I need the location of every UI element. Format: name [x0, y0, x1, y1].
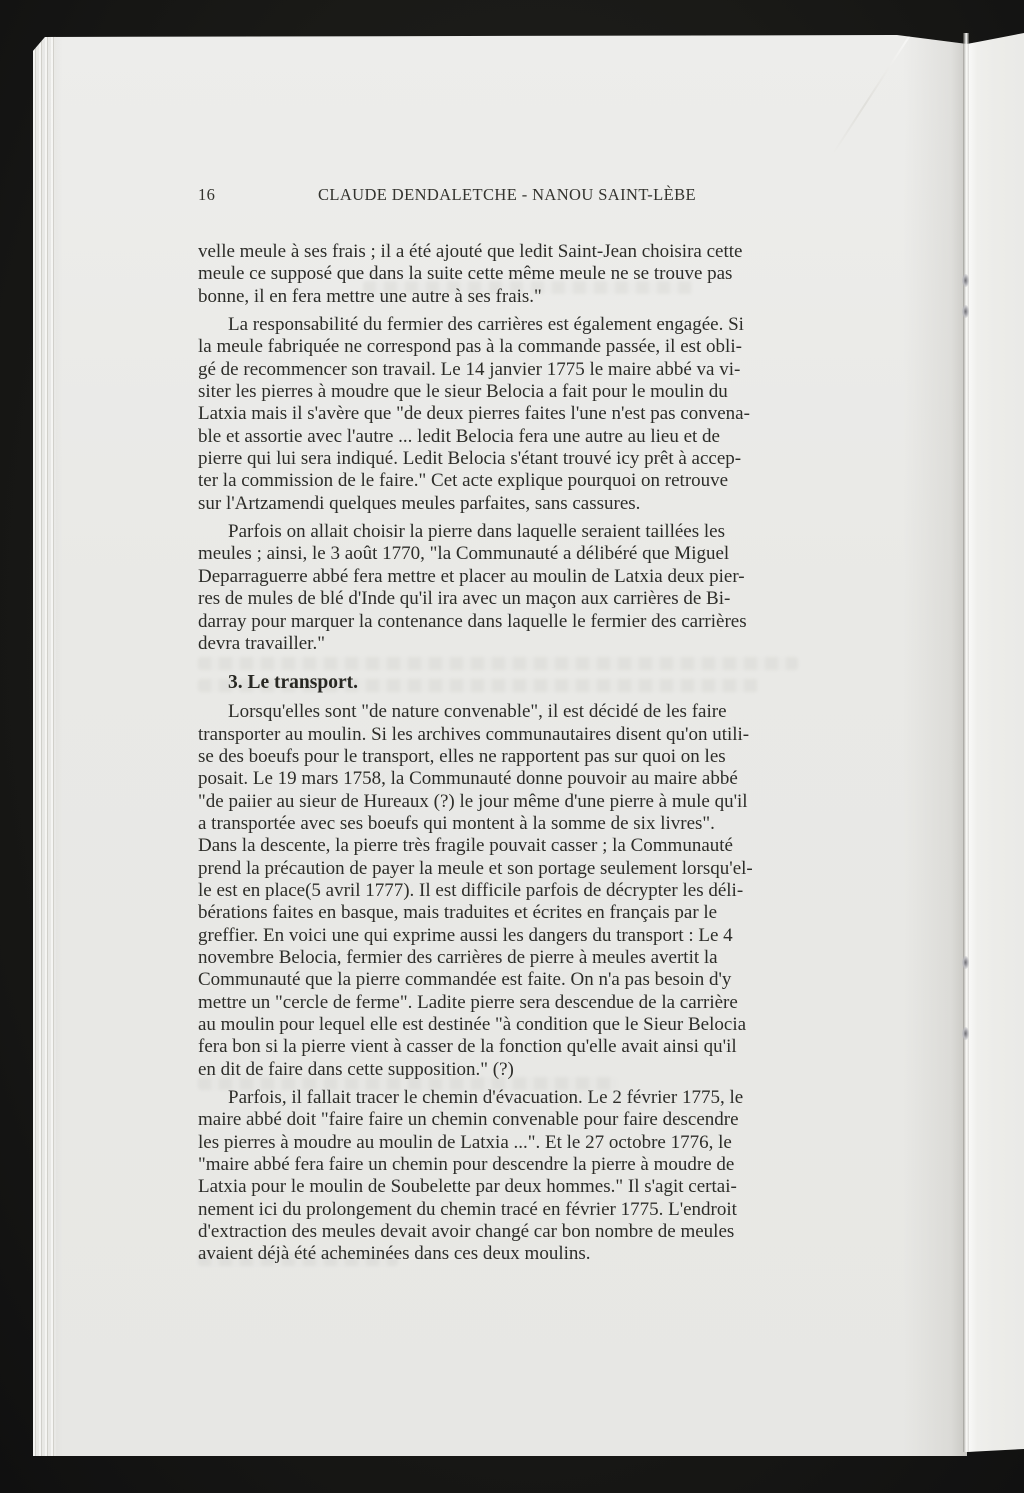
paragraph: Parfois on allait choisir la pierre dans…: [198, 521, 816, 655]
binding-stitch: [962, 274, 969, 287]
text-line: devra travailler.": [198, 633, 816, 655]
text-line: Parfois on allait choisir la pierre dans…: [198, 521, 816, 543]
text-line: Latxia pour le moulin de Soubelette par …: [198, 1176, 816, 1198]
text-line: le est en place(5 avril 1777). Il est di…: [198, 880, 816, 902]
text-line: prend la précaution de payer la meule et…: [198, 858, 816, 880]
text-line: posait. Le 19 mars 1758, la Communauté d…: [198, 768, 816, 790]
spine-crease: [963, 33, 969, 1452]
text-line: transporter au moulin. Si les archives c…: [198, 724, 816, 746]
text-line: en dit de faire dans cette supposition."…: [198, 1059, 816, 1081]
text-line: gé de recommencer son travail. Le 14 jan…: [198, 359, 816, 381]
running-title: CLAUDE DENDALETCHE - NANOU SAINT-LÈBE: [198, 185, 816, 205]
text-line: meules ; ainsi, le 3 août 1770, "la Comm…: [198, 543, 816, 565]
text-line: novembre Belocia, fermier des carrières …: [198, 947, 816, 969]
text-line: meule ce supposé que dans la suite cette…: [198, 263, 816, 285]
text-line: maire abbé doit "faire faire un chemin c…: [198, 1109, 816, 1131]
paragraph: Parfois, il fallait tracer le chemin d'é…: [198, 1087, 816, 1266]
text-line: greffier. En voici une qui exprime aussi…: [198, 925, 816, 947]
text-column: velle meule à ses frais ; il a été ajout…: [198, 241, 816, 1266]
text-line: les pierres à moudre au moulin de Latxia…: [198, 1132, 816, 1154]
page-number: 16: [198, 185, 215, 205]
scanned-book-photo: 16 CLAUDE DENDALETCHE - NANOU SAINT-LÈBE…: [0, 0, 1024, 1493]
binding-stitch: [962, 956, 969, 969]
text-line: velle meule à ses frais ; il a été ajout…: [198, 241, 816, 263]
corner-fold-crease: [831, 28, 914, 155]
running-header: 16 CLAUDE DENDALETCHE - NANOU SAINT-LÈBE: [198, 185, 816, 209]
text-line: a transportée avec ses boeufs qui monten…: [198, 813, 816, 835]
text-line: Communauté que la pierre commandée est f…: [198, 969, 816, 991]
section-heading: 3. Le transport.: [198, 671, 816, 694]
binding-stitch: [962, 1027, 969, 1040]
text-line: Latxia mais il s'avère que "de deux pier…: [198, 403, 816, 425]
text-line: La responsabilité du fermier des carrièr…: [198, 314, 816, 336]
text-line: Lorsqu'elles sont "de nature convenable"…: [198, 701, 816, 723]
text-line: "de paiier au sieur de Hureaux (?) le jo…: [198, 791, 816, 813]
paragraph: Lorsqu'elles sont "de nature convenable"…: [198, 701, 816, 1081]
paragraph: velle meule à ses frais ; il a été ajout…: [198, 241, 816, 308]
text-line: pierre qui lui sera indiqué. Ledit Beloc…: [198, 448, 816, 470]
text-line: darray pour marquer la contenance dans l…: [198, 611, 816, 633]
facing-page-edge: [967, 33, 1024, 1452]
text-line: au moulin pour lequel elle est destinée …: [198, 1014, 816, 1036]
paragraph: La responsabilité du fermier des carrièr…: [198, 314, 816, 515]
text-line: avaient déjà été acheminées dans ces deu…: [198, 1243, 816, 1265]
text-line: sur l'Artzamendi quelques meules parfait…: [198, 493, 816, 515]
text-line: bonne, il en fera mettre une autre à ses…: [198, 286, 816, 308]
text-line: Deparraguerre abbé fera mettre et placer…: [198, 566, 816, 588]
binding-stitch: [962, 305, 969, 318]
text-line: siter les pierres à moudre que le sieur …: [198, 381, 816, 403]
text-line: ble et assortie avec l'autre ... ledit B…: [198, 426, 816, 448]
text-line: Parfois, il fallait tracer le chemin d'é…: [198, 1087, 816, 1109]
text-line: "maire abbé fera faire un chemin pour de…: [198, 1154, 816, 1176]
text-line: nement ici du prolongement du chemin tra…: [198, 1199, 816, 1221]
text-line: se des boeufs pour le transport, elles n…: [198, 746, 816, 768]
text-line: la meule fabriquée ne correspond pas à l…: [198, 336, 816, 358]
text-line: ter la commission de le faire." Cet acte…: [198, 470, 816, 492]
text-line: d'extraction des meules devait avoir cha…: [198, 1221, 816, 1243]
text-line: res de mules de blé d'Inde qu'il ira ave…: [198, 588, 816, 610]
text-line: mettre un "cercle de ferme". Ladite pier…: [198, 992, 816, 1014]
text-line: bérations faites en basque, mais traduit…: [198, 902, 816, 924]
text-line: Dans la descente, la pierre très fragile…: [198, 835, 816, 857]
book-page: 16 CLAUDE DENDALETCHE - NANOU SAINT-LÈBE…: [33, 35, 967, 1456]
page-stack-edges: [33, 35, 56, 1456]
text-line: fera bon si la pierre vient à casser de …: [198, 1036, 816, 1058]
